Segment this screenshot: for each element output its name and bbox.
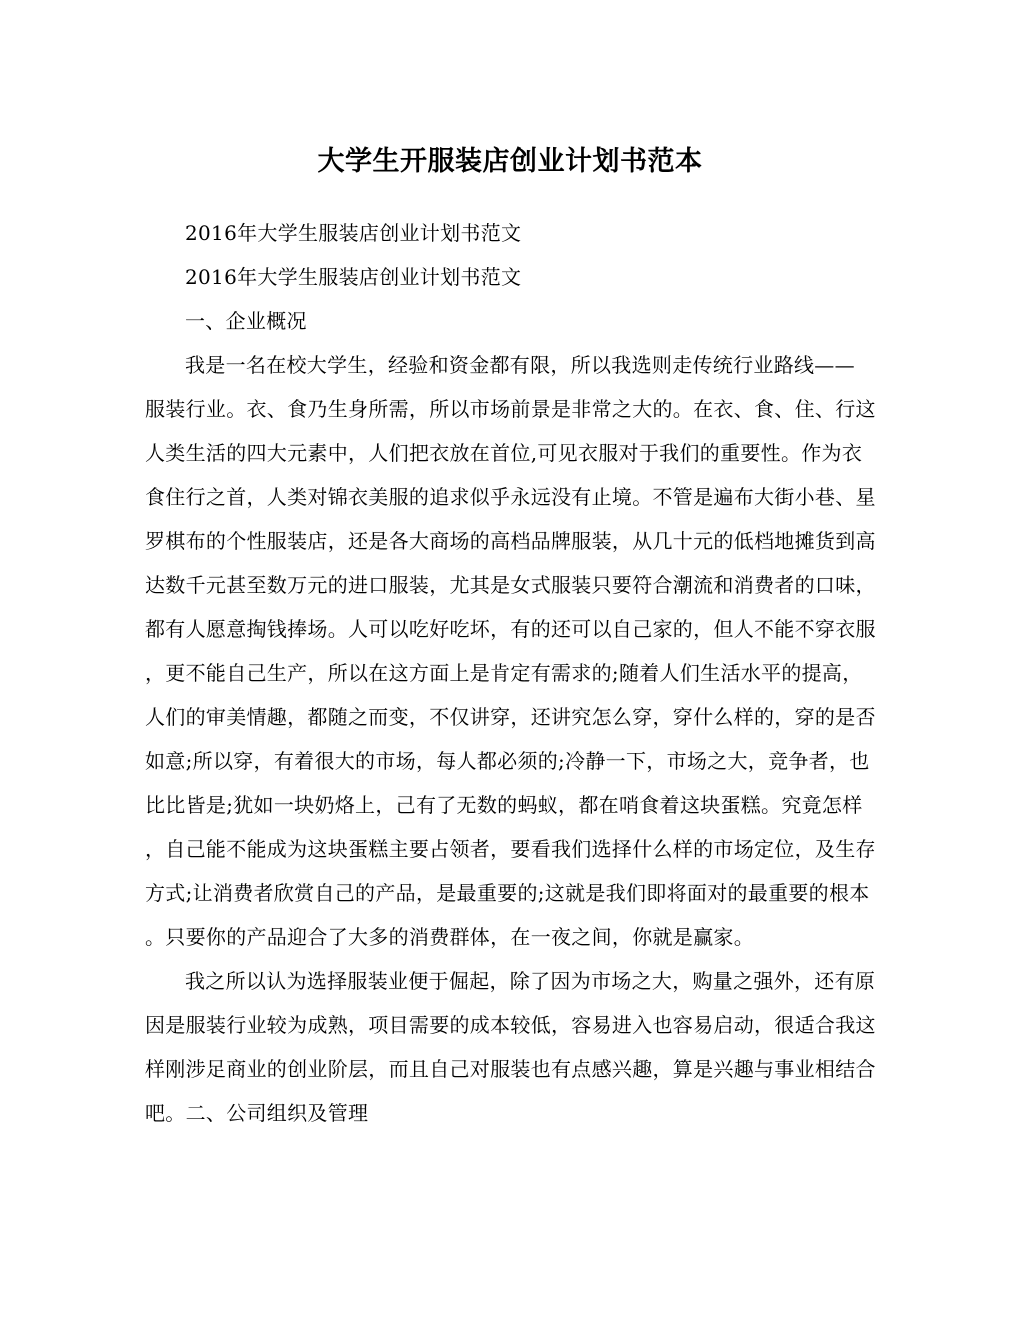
text-line: 食住行之首，人类对锦衣美服的追求似乎永远没有止境。不管是遍布大街小巷、星 [145,475,885,519]
text-line: 我之所以认为选择服装业便于倔起，除了因为市场之大，购量之强外，还有原 [145,959,885,1003]
text-line: 样刚涉足商业的创业阶层，而且自己对服装也有点感兴趣，算是兴趣与事业相结合 [145,1047,885,1091]
text-line: 2016年大学生服装店创业计划书范文 [145,211,885,255]
text-line: 服装行业。衣、食乃生身所需，所以市场前景是非常之大的。在衣、食、住、行这 [145,387,885,431]
text-line: 达数千元甚至数万元的进口服装，尤其是女式服装只要符合潮流和消费者的口味， [145,563,885,607]
text-line: 我是一名在校大学生，经验和资金都有限，所以我选则走传统行业路线—— [145,343,885,387]
text-line: 。只要你的产品迎合了大多的消费群体，在一夜之间，你就是赢家。 [145,915,885,959]
text-line: ，自己能不能成为这块蛋糕主要占领者，要看我们选择什么样的市场定位，及生存 [145,827,885,871]
text-line: 人们的审美情趣，都随之而变，不仅讲穿，还讲究怎么穿，穿什么样的，穿的是否 [145,695,885,739]
document-title: 大学生开服装店创业计划书范本 [0,144,1020,180]
text-line: ，更不能自己生产，所以在这方面上是肯定有需求的;随着人们生活水平的提高， [145,651,885,695]
text-line: 罗棋布的个性服装店，还是各大商场的高档品牌服装，从几十元的低档地摊货到高 [145,519,885,563]
text-line: 如意;所以穿，有着很大的市场，每人都必须的;冷静一下，市场之大，竞争者，也 [145,739,885,783]
text-line: 人类生活的四大元素中，人们把衣放在首位,可见衣服对于我们的重要性。作为衣 [145,431,885,475]
text-line: 方式;让消费者欣赏自己的产品，是最重要的;这就是我们即将面对的最重要的根本 [145,871,885,915]
text-line: 吧。二、公司组织及管理 [145,1091,885,1135]
text-line: 因是服装行业较为成熟，项目需要的成本较低，容易进入也容易启动，很适合我这 [145,1003,885,1047]
text-line: 2016年大学生服装店创业计划书范文 [145,255,885,299]
text-line: 比比皆是;犹如一块奶烙上，己有了无数的蚂蚁，都在哨食着这块蛋糕。究竟怎样 [145,783,885,827]
document-body: 2016年大学生服装店创业计划书范文2016年大学生服装店创业计划书范文一、企业… [145,211,885,1135]
text-line: 一、企业概况 [145,299,885,343]
text-line: 都有人愿意掏钱捧场。人可以吃好吃坏，有的还可以自己家的，但人不能不穿衣服 [145,607,885,651]
document-page: 大学生开服装店创业计划书范本 2016年大学生服装店创业计划书范文2016年大学… [0,0,1020,1320]
